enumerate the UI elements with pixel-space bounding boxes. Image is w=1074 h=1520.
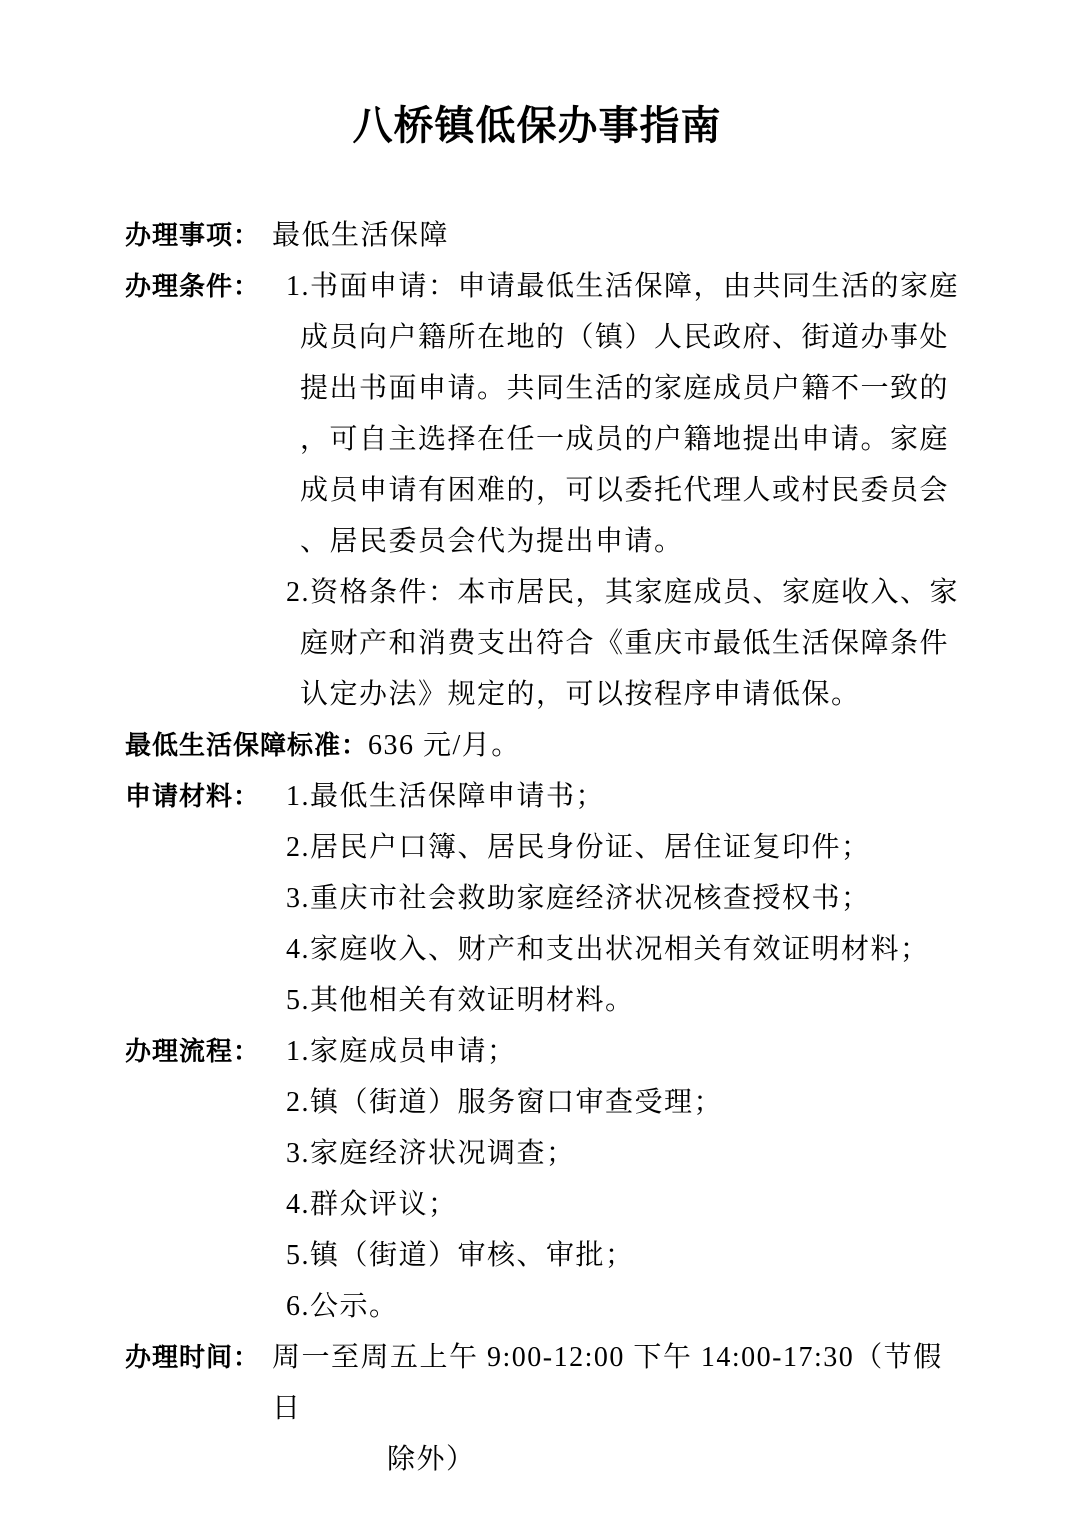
section-label-service-item: 办理事项：	[125, 210, 272, 261]
document-title: 八桥镇低保办事指南	[0, 0, 1074, 152]
section-process: 办理流程： 1.家庭成员申请； 2.镇（街道）服务窗口审查受理； 3.家庭经济状…	[125, 1026, 959, 1332]
list-item: 6.公示。	[272, 1281, 959, 1332]
list-item: 1.家庭成员申请；	[272, 1026, 959, 1077]
list-item: 4.家庭收入、财产和支出状况相关有效证明材料；	[272, 924, 959, 975]
list-item: 2.镇（街道）服务窗口审查受理；	[272, 1077, 959, 1128]
section-text-service-item: 最低生活保障	[272, 210, 959, 261]
list-item: 1.书面申请：申请最低生活保障，由共同生活的家庭成员向户籍所在地的（镇）人民政府…	[272, 261, 959, 567]
list-item: 1.最低生活保障申请书；	[272, 771, 959, 822]
standard-value: 636 元/月。	[368, 730, 521, 761]
section-label-hours: 办理时间：	[125, 1332, 272, 1383]
list-item: 3.家庭经济状况调查；	[272, 1128, 959, 1179]
materials-list: 1.最低生活保障申请书； 2.居民户口簿、居民身份证、居住证复印件； 3.重庆市…	[272, 771, 959, 1026]
list-item: 3.重庆市社会救助家庭经济状况核查授权书；	[272, 873, 959, 924]
section-standard: 最低生活保障标准：636 元/月。	[125, 720, 959, 771]
section-service-item: 办理事项： 最低生活保障	[125, 210, 959, 261]
hours-line-2: 除外）	[272, 1434, 959, 1485]
document-page: 八桥镇低保办事指南 办理事项： 最低生活保障 办理条件： 1.书面申请：申请最低…	[0, 0, 1074, 1520]
list-item: 2.居民户口簿、居民身份证、居住证复印件；	[272, 822, 959, 873]
hours-line-1: 周一至周五上午 9:00-12:00 下午 14:00-17:30（节假日	[272, 1332, 959, 1434]
list-item: 5.其他相关有效证明材料。	[272, 975, 959, 1026]
section-materials: 申请材料： 1.最低生活保障申请书； 2.居民户口簿、居民身份证、居住证复印件；…	[125, 771, 959, 1026]
list-item: 4.群众评议；	[272, 1179, 959, 1230]
hours-text: 周一至周五上午 9:00-12:00 下午 14:00-17:30（节假日 除外…	[272, 1332, 959, 1485]
section-hours: 办理时间： 周一至周五上午 9:00-12:00 下午 14:00-17:30（…	[125, 1332, 959, 1485]
section-conditions: 办理条件： 1.书面申请：申请最低生活保障，由共同生活的家庭成员向户籍所在地的（…	[125, 261, 959, 720]
section-label-standard: 最低生活保障标准：	[125, 730, 368, 760]
document-body: 办理事项： 最低生活保障 办理条件： 1.书面申请：申请最低生活保障，由共同生活…	[125, 210, 959, 1485]
conditions-list: 1.书面申请：申请最低生活保障，由共同生活的家庭成员向户籍所在地的（镇）人民政府…	[272, 261, 959, 720]
list-item: 2.资格条件：本市居民，其家庭成员、家庭收入、家庭财产和消费支出符合《重庆市最低…	[272, 567, 959, 720]
section-label-conditions: 办理条件：	[125, 261, 272, 312]
section-label-process: 办理流程：	[125, 1026, 272, 1077]
section-label-materials: 申请材料：	[125, 771, 272, 822]
process-list: 1.家庭成员申请； 2.镇（街道）服务窗口审查受理； 3.家庭经济状况调查； 4…	[272, 1026, 959, 1332]
list-item: 5.镇（街道）审核、审批；	[272, 1230, 959, 1281]
